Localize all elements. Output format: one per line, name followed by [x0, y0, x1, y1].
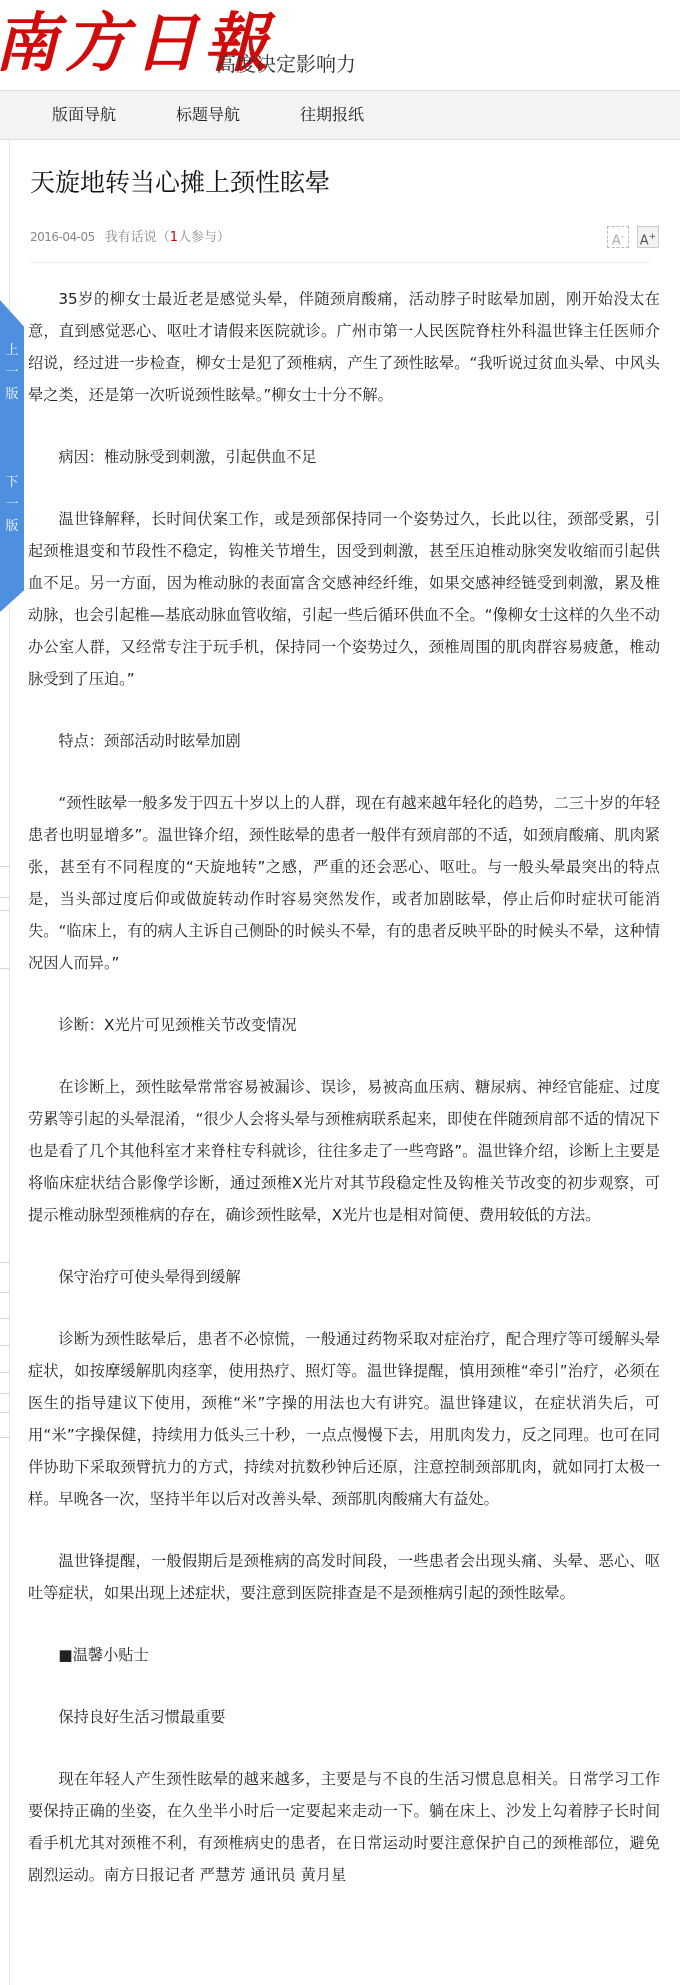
- article-body: 35岁的柳女士最近老是感觉头晕，伴随颈肩酸痛，活动脖子时眩晕加剧，刚开始没太在意…: [28, 283, 660, 1921]
- section-heading: 特点：颈部活动时眩晕加剧: [28, 725, 660, 757]
- section-heading: 保守治疗可使头晕得到缓解: [28, 1261, 660, 1293]
- font-size-increase-button[interactable]: A+: [637, 226, 659, 248]
- paragraph: 温世锋解释，长时间伏案工作，或是颈部保持同一个姿势过久，长此以往，颈部受累，引起…: [28, 503, 660, 695]
- comment-count: 1: [170, 230, 178, 245]
- nav-layout-navigation[interactable]: 版面导航: [52, 105, 116, 125]
- paragraph: 在诊断上，颈性眩晕常常容易被漏诊、误诊，易被高血压病、糖尿病、神经官能症、过度劳…: [28, 1071, 660, 1231]
- publish-date: 2016-04-05: [30, 230, 95, 244]
- tips-heading: ■温馨小贴士: [28, 1639, 660, 1671]
- comment-link[interactable]: 我有话说（1人参与）: [105, 230, 230, 245]
- paragraph: 35岁的柳女士最近老是感觉头晕，伴随颈肩酸痛，活动脖子时眩晕加剧，刚开始没太在意…: [28, 283, 660, 411]
- nav-past-issues[interactable]: 往期报纸: [300, 105, 364, 125]
- paragraph: 温世锋提醒，一般假期后是颈椎病的高发时间段，一些患者会出现头痛、头晕、恶心、呕吐…: [28, 1545, 660, 1609]
- font-size-decrease-button[interactable]: A-: [607, 226, 629, 248]
- section-heading: 保持良好生活习惯最重要: [28, 1701, 660, 1733]
- section-heading: 诊断：X光片可见颈椎关节改变情况: [28, 1009, 660, 1041]
- top-nav: 版面导航 标题导航 往期报纸: [0, 90, 680, 140]
- paragraph: “颈性眩晕一般多发于四五十岁以上的人群，现在有越来越年轻化的趋势，二三十岁的年轻…: [28, 787, 660, 979]
- nav-headline-navigation[interactable]: 标题导航: [176, 105, 240, 125]
- paragraph: 现在年轻人产生颈性眩晕的越来越多，主要是与不良的生活习惯息息相关。日常学习工作要…: [28, 1763, 660, 1891]
- article-meta: 2016-04-05我有话说（1人参与）: [30, 228, 230, 247]
- site-slogan: 高度决定影响力: [216, 50, 356, 78]
- site-header: 南方日報 高度决定影响力: [0, 0, 680, 90]
- next-edition-button[interactable]: 下 一 版: [0, 432, 24, 612]
- article-title: 天旋地转当心摊上颈性眩晕: [30, 165, 330, 201]
- meta-divider: [30, 262, 650, 263]
- section-heading: 病因：椎动脉受到刺激，引起供血不足: [28, 441, 660, 473]
- paragraph: 诊断为颈性眩晕后，患者不必惊慌，一般通过药物采取对症治疗，配合理疗等可缓解头晕症…: [28, 1323, 660, 1515]
